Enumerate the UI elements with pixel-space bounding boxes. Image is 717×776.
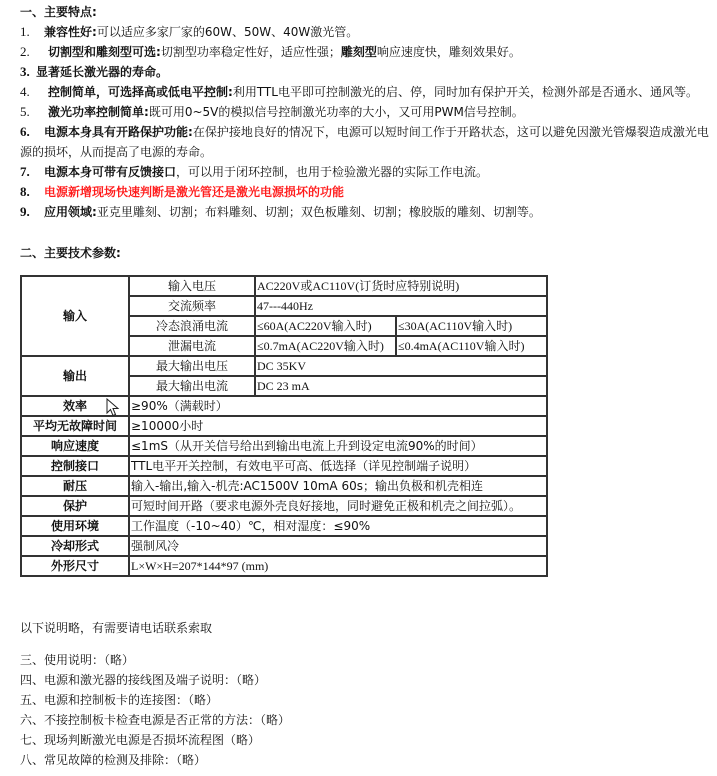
param-value-110v: ≤0.4mA(AC110V输入时) bbox=[396, 336, 547, 356]
omitted-section-5: 五、电源和控制板卡的连接图：（略） bbox=[20, 690, 218, 710]
mouse-pointer-icon bbox=[106, 398, 120, 418]
param-name: 最大输出电压 bbox=[129, 356, 255, 376]
param-label: 冷却形式 bbox=[21, 536, 129, 556]
input-group-label: 输入 bbox=[21, 276, 129, 356]
param-value: DC 23 mA bbox=[255, 376, 547, 396]
feature-item-7: 7.电源本身可带有反馈接口，可以用于闭环控制，也用于检验激光器的实际工作电流。 bbox=[20, 162, 488, 182]
param-value: AC220V或AC110V(订货时应特别说明) bbox=[255, 276, 547, 296]
omitted-section-8: 八、常见故障的检测及排除：（略） bbox=[20, 750, 206, 770]
param-label: 外形尺寸 bbox=[21, 556, 129, 576]
param-value-220v: ≤60A(AC220V输入时) bbox=[255, 316, 396, 336]
param-value-110v: ≤30A(AC110V输入时) bbox=[396, 316, 547, 336]
section-1-title: 一、主要特点: bbox=[20, 2, 97, 22]
param-value: ≥90%（满载时） bbox=[129, 396, 547, 416]
output-group-label: 输出 bbox=[21, 356, 129, 396]
feature-item-2: 2.切割型和雕刻型可选:切割型功率稳定性好，适应性强；雕刻型响应速度快，雕刻效果… bbox=[20, 42, 521, 62]
param-name: 最大输出电流 bbox=[129, 376, 255, 396]
param-value: 可短时间开路（要求电源外壳良好接地，同时避免正极和机壳之间拉弧）。 bbox=[129, 496, 547, 516]
table-row: 冷却形式 强制风冷 bbox=[21, 536, 547, 556]
feature-item-3: 3.显著延长激光器的寿命。 bbox=[20, 62, 168, 82]
contact-note: 以下说明略，有需要请电话联系索取 bbox=[20, 618, 212, 638]
omitted-section-7: 七、现场判断激光电源是否损坏流程图（略） bbox=[20, 730, 260, 750]
feature-item-6: 6.电源本身具有开路保护功能:在保护接地良好的情况下，电源可以短时间工作于开路状… bbox=[20, 122, 709, 142]
param-label: 耐压 bbox=[21, 476, 129, 496]
feature-item-4: 4.控制简单，可选择高或低电平控制:利用TTL电平即可控制激光的启、停，同时加有… bbox=[20, 82, 698, 102]
omitted-section-3: 三、使用说明：（略） bbox=[20, 650, 134, 670]
param-label: 使用环境 bbox=[21, 516, 129, 536]
spec-table: 输入 输入电压 AC220V或AC110V(订货时应特别说明) 交流频率 47-… bbox=[20, 275, 548, 577]
feature-item-9: 9.应用领域:亚克里雕刻、切割；布料雕刻、切割；双色板雕刻、切割；橡胶版的雕刻、… bbox=[20, 202, 541, 222]
param-name: 冷态浪涌电流 bbox=[129, 316, 255, 336]
table-row: 控制接口 TTL电平开关控制，有效电平可高、低选择（详见控制端子说明） bbox=[21, 456, 547, 476]
param-label: 响应速度 bbox=[21, 436, 129, 456]
param-label: 保护 bbox=[21, 496, 129, 516]
table-row: 使用环境 工作温度（-10~40）℃，相对湿度：≤90% bbox=[21, 516, 547, 536]
param-label: 平均无故障时间 bbox=[21, 416, 129, 436]
param-label: 控制接口 bbox=[21, 456, 129, 476]
param-value: ≤1mS（从开关信号给出到输出电流上升到设定电流90%的时间） bbox=[129, 436, 547, 456]
section-2-title: 二、主要技术参数: bbox=[20, 243, 121, 263]
param-name: 交流频率 bbox=[129, 296, 255, 316]
param-value: L×W×H=207*144*97 (mm) bbox=[129, 556, 547, 576]
feature-item-5: 5.激光功率控制简单:既可用0~5V的模拟信号控制激光功率的大小，又可用PWM信… bbox=[20, 102, 524, 122]
param-value: ≥10000小时 bbox=[129, 416, 547, 436]
param-value: 输入-输出,输入-机壳:AC1500V 10mA 60s；输出负极和机壳相连 bbox=[129, 476, 547, 496]
table-row: 效率 ≥90%（满载时） bbox=[21, 396, 547, 416]
feature-item-8-highlight: 8.电源新增现场快速判断是激光管还是激光电源损坏的功能 bbox=[20, 182, 344, 202]
param-value-220v: ≤0.7mA(AC220V输入时) bbox=[255, 336, 396, 356]
omitted-section-6: 六、不接控制板卡检查电源是否正常的方法：（略） bbox=[20, 710, 290, 730]
param-value: 47---440Hz bbox=[255, 296, 547, 316]
param-name: 输入电压 bbox=[129, 276, 255, 296]
table-row: 响应速度 ≤1mS（从开关信号给出到输出电流上升到设定电流90%的时间） bbox=[21, 436, 547, 456]
feature-item-1: 1.兼容性好:可以适应多家厂家的60W、50W、40W激光管。 bbox=[20, 22, 358, 42]
feature-item-6-continued: 源的损坏，从而提高了电源的寿命。 bbox=[20, 142, 212, 162]
param-value: TTL电平开关控制，有效电平可高、低选择（详见控制端子说明） bbox=[129, 456, 547, 476]
table-row: 保护 可短时间开路（要求电源外壳良好接地，同时避免正极和机壳之间拉弧）。 bbox=[21, 496, 547, 516]
param-name: 泄漏电流 bbox=[129, 336, 255, 356]
table-row: 耐压 输入-输出,输入-机壳:AC1500V 10mA 60s；输出负极和机壳相… bbox=[21, 476, 547, 496]
table-row: 平均无故障时间 ≥10000小时 bbox=[21, 416, 547, 436]
param-value: 工作温度（-10~40）℃，相对湿度：≤90% bbox=[129, 516, 547, 536]
param-value: DC 35KV bbox=[255, 356, 547, 376]
table-row: 输入 输入电压 AC220V或AC110V(订货时应特别说明) bbox=[21, 276, 547, 296]
table-row: 输出 最大输出电压 DC 35KV bbox=[21, 356, 547, 376]
param-value: 强制风冷 bbox=[129, 536, 547, 556]
table-row: 外形尺寸 L×W×H=207*144*97 (mm) bbox=[21, 556, 547, 576]
omitted-section-4: 四、电源和激光器的接线图及端子说明：（略） bbox=[20, 670, 266, 690]
